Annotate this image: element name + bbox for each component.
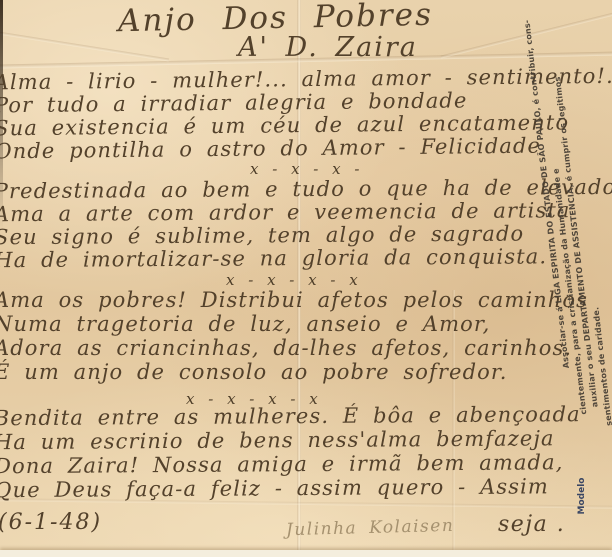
letter-dedication: A' D. Zaira	[238, 32, 418, 63]
stanza-2: Predestinada ao bem e tudo o que ha de e…	[0, 176, 612, 272]
letter-date: (6-1-48)	[0, 510, 102, 535]
modelo-label: Modelo	[577, 466, 589, 526]
handwritten-line: Numa tragetoria de luz, anseio e Amor,	[0, 312, 612, 336]
stanza-4: Bendita entre as mulheres. É bôa e abenç…	[0, 402, 612, 502]
final-word: seja .	[498, 512, 565, 537]
pencil-signature: Julinha Kolaisen	[286, 516, 455, 540]
letter-page: Anjo Dos Pobres A' D. Zaira Alma - lirio…	[0, 0, 612, 557]
handwritten-line: Adora as criancinhas, da-lhes afetos, ca…	[0, 336, 612, 360]
stanza-3: Ama os pobres! Distribui afetos pelos ca…	[0, 288, 612, 384]
stanza-separator: x - x - x - x	[226, 271, 361, 289]
stanza-1: Alma - lirio - mulher!... alma amor - se…	[0, 65, 612, 164]
handwritten-line: Ha de imortalizar-se na gloria da conqui…	[0, 245, 612, 272]
handwritten-line: É um anjo de consolo ao pobre sofredor.	[0, 360, 612, 384]
handwritten-line: Que Deus faça-a feliz - assim quero - As…	[0, 474, 612, 502]
handwritten-line: Ama os pobres! Distribui afetos pelos ca…	[0, 288, 612, 312]
scan-edge-bottom	[0, 550, 612, 557]
stanza-separator: x - x - x -	[250, 160, 362, 178]
handwritten-line: Onde pontilha o astro do Amor - Felicida…	[0, 134, 612, 164]
